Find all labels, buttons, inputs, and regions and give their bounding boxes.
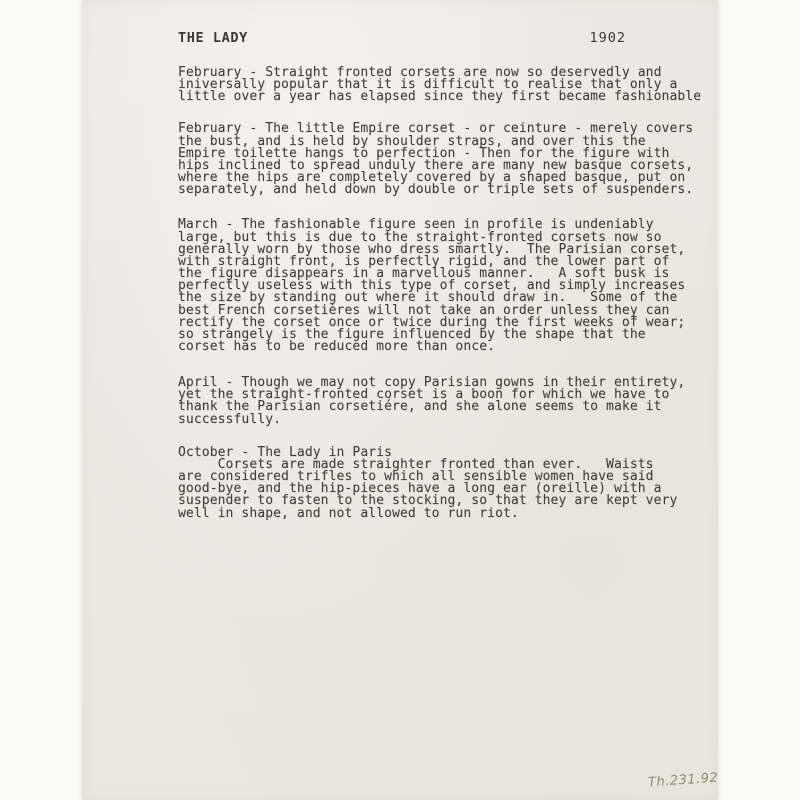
document-year: 1902 [589, 30, 626, 46]
paragraph-october: October - The Lady in Paris Corsets are … [178, 447, 718, 520]
paragraph-february-1: February - Straight fronted corsets are … [178, 67, 718, 103]
paragraph-march: March - The fashionable figure seen in p… [178, 219, 718, 353]
document-body: February - Straight fronted corsets are … [178, 67, 718, 520]
document-header: THE LADY 1902 [178, 30, 626, 46]
scan-background: THE LADY 1902 February - Straight fronte… [0, 0, 800, 800]
paragraph-february-2: February - The little Empire corset - or… [178, 123, 718, 196]
document-page: THE LADY 1902 February - Straight fronte… [82, 0, 718, 800]
document-title: THE LADY [178, 30, 248, 46]
paragraph-april: April - Though we may not copy Parisian … [178, 377, 718, 426]
